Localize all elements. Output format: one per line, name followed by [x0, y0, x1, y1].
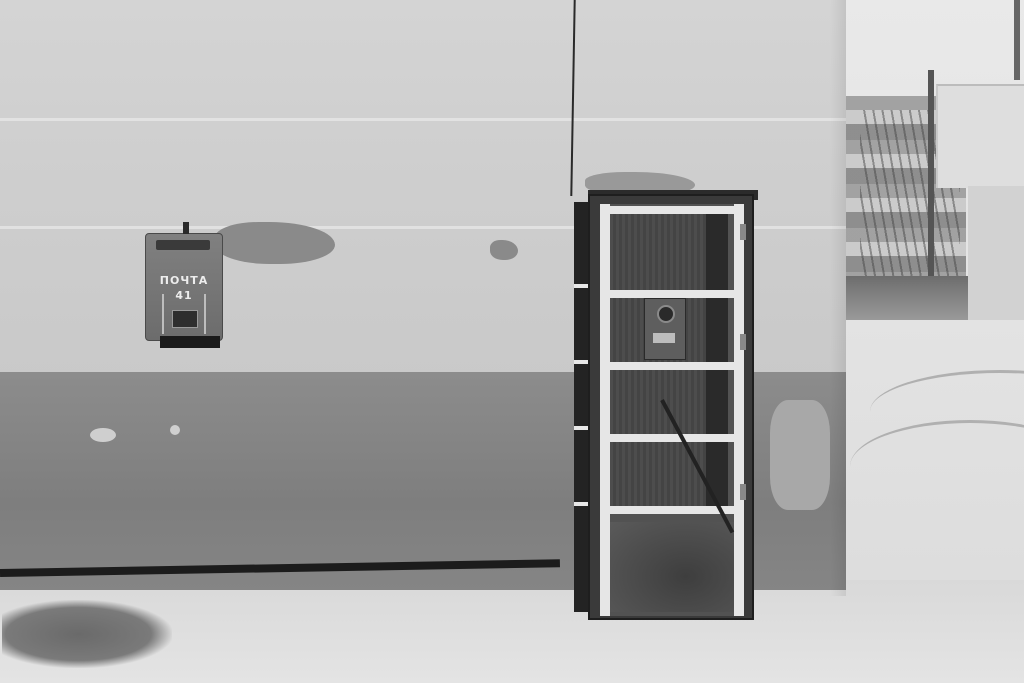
door-frame-rail: [600, 206, 744, 214]
phone-dial-icon: [657, 305, 675, 323]
door-frame-rail: [734, 204, 744, 616]
door-frame-rail: [600, 290, 744, 298]
mailbox: ПОЧТА 41: [145, 233, 223, 341]
peeled-paint: [490, 240, 518, 260]
mailbox-hook: [183, 222, 189, 234]
utility-pole: [1014, 0, 1020, 80]
street-lamp-pole: [928, 70, 934, 280]
door-hinge: [740, 484, 746, 500]
mailbox-bottom: [160, 336, 220, 348]
paint-chip: [170, 425, 180, 435]
wall-corner: [830, 0, 846, 596]
mailbox-title: ПОЧТА: [146, 274, 222, 287]
shrubs: [846, 276, 968, 320]
payphone: [644, 298, 686, 360]
door-hinge: [740, 334, 746, 350]
door-hinge: [740, 224, 746, 240]
booth-door-lower-panel: [610, 522, 736, 612]
door-frame-rail: [600, 204, 610, 616]
mailbox-plate: [172, 310, 198, 328]
wall-seam: [0, 118, 846, 121]
mailbox-stripe: [204, 294, 206, 334]
mailbox-stripe: [162, 294, 164, 334]
booth-door: [600, 204, 744, 616]
peeled-paint-patch: [770, 400, 830, 510]
phone-booth: [574, 194, 754, 620]
mailbox-slot-lid: [156, 240, 210, 250]
phone-label: [653, 333, 675, 343]
paint-chip: [90, 428, 116, 442]
mailbox-number: 41: [146, 289, 222, 302]
door-frame-rail: [600, 434, 744, 442]
puddle: [2, 600, 172, 668]
photo-scene: ПОЧТА 41: [0, 0, 1024, 683]
adjacent-building-overhang: [936, 84, 1024, 188]
peeled-paint: [215, 222, 335, 264]
door-frame-rail: [600, 362, 744, 370]
